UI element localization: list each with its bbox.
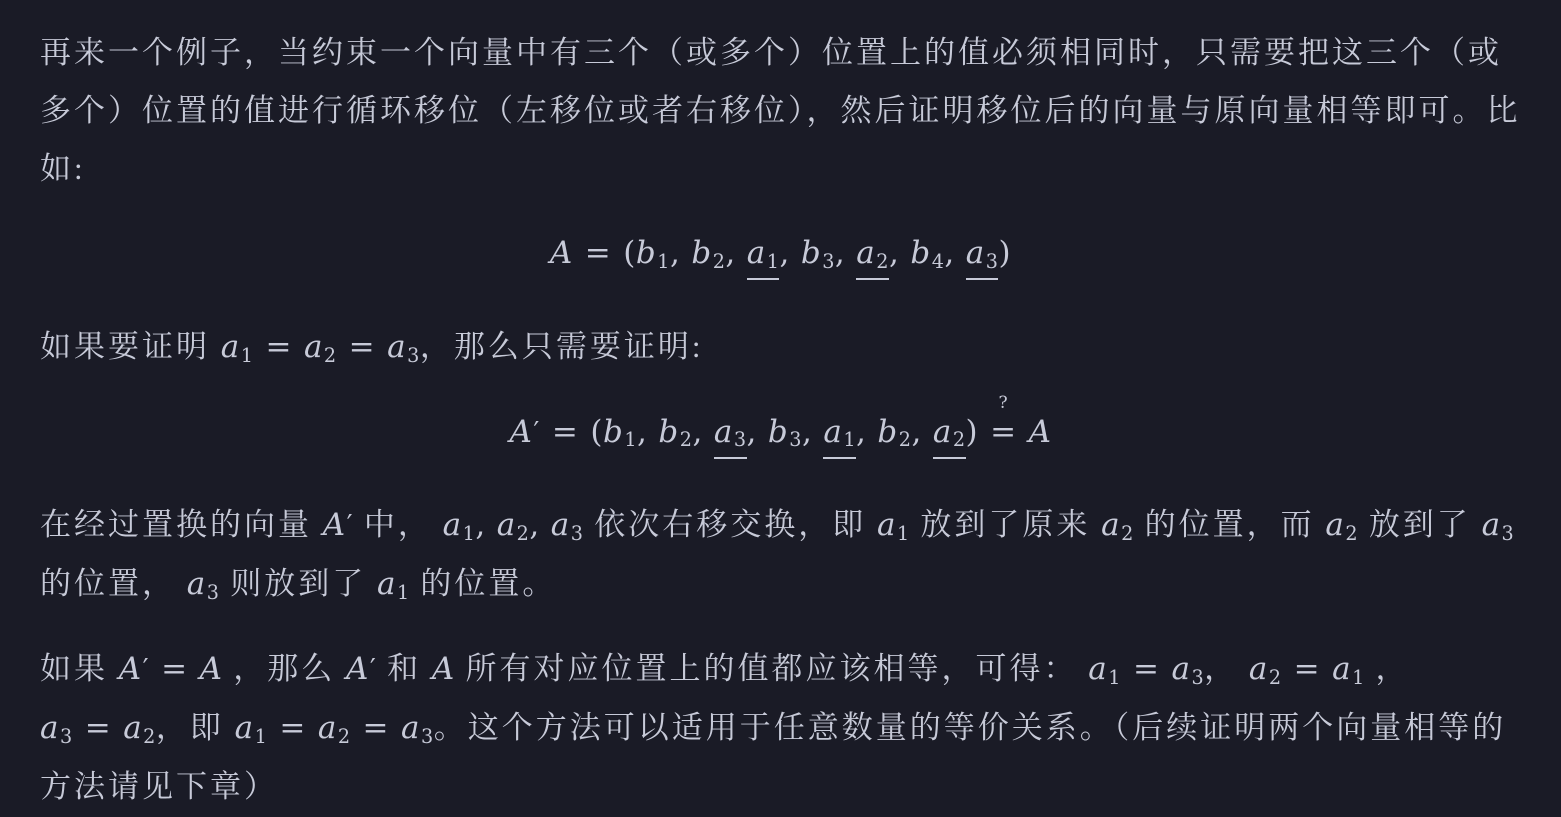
underlined-variable: a2	[856, 236, 889, 280]
variable: a1	[1088, 652, 1121, 689]
math-punctuation: ,	[692, 414, 702, 450]
variable: a1	[377, 567, 410, 604]
subscript: 3	[734, 428, 747, 451]
variable: A	[1029, 415, 1052, 451]
subscript: 2	[338, 725, 351, 748]
subscript: 2	[899, 428, 912, 451]
variable: a2	[304, 330, 337, 367]
subscript: 1	[463, 522, 476, 545]
variable: a3	[1482, 508, 1515, 545]
subscript: 3	[986, 250, 999, 273]
subscript: 2	[324, 344, 337, 367]
math-punctuation: (	[623, 235, 636, 271]
text-run: 如果要证明	[40, 329, 221, 364]
formula-A-prime: A′=(b1,b2,a3,b3,a1,b2,a2)=A	[40, 405, 1521, 461]
text-run: 的位置，而	[1134, 507, 1326, 542]
text-run: 放到了原来	[910, 507, 1102, 542]
text-run: 则放到了	[219, 566, 377, 601]
equals-sign: =	[552, 405, 578, 461]
prime-mark: ′	[143, 654, 149, 684]
subscript: 1	[255, 725, 268, 748]
variable: A′	[346, 652, 376, 688]
para-intro: 再来一个例子，当约束一个向量中有三个（或多个）位置上的值必须相同时，只需要把这三…	[40, 24, 1521, 198]
text-run: 如果	[40, 651, 119, 686]
underlined-variable: a1	[747, 236, 780, 280]
subscript: 3	[1502, 522, 1515, 545]
inline-math: a2=a1	[1249, 651, 1365, 687]
subscript: 2	[713, 250, 726, 273]
text-run: 在经过置换的向量	[40, 507, 323, 542]
subscript: 3	[60, 725, 73, 748]
math-punctuation: ,	[747, 414, 757, 450]
variable: b2	[658, 415, 692, 452]
text-run: 中，	[353, 507, 443, 542]
variable: A′	[119, 652, 149, 688]
subscript: 2	[1121, 522, 1134, 545]
subscript: 2	[680, 428, 693, 451]
math-punctuation: ,	[889, 235, 899, 271]
subscript: 1	[897, 522, 910, 545]
subscript: 2	[876, 250, 889, 273]
variable: A	[550, 236, 573, 272]
text-run: 再来一个例子，当约束一个向量中有三个（或多个）位置上的值必须相同时，只需要把这三…	[40, 35, 1521, 186]
variable: b3	[768, 415, 802, 452]
variable: a2	[1325, 508, 1358, 545]
underlined-variable: a1	[823, 415, 856, 459]
variable: a1	[443, 508, 476, 545]
math-punctuation: ,	[835, 235, 845, 271]
math-punctuation: )	[998, 235, 1011, 271]
text-run: ，那么只需要证明:	[420, 329, 704, 364]
inline-math: A′	[346, 651, 376, 687]
subscript: 2	[143, 725, 156, 748]
variable: a3	[40, 711, 73, 748]
math-punctuation: ,	[725, 235, 735, 271]
subscript: 3	[207, 581, 220, 604]
prime-mark: ′	[533, 417, 539, 447]
inline-math: a1=a3	[1088, 651, 1204, 687]
underlined-variable: a2	[933, 415, 966, 459]
math-punctuation: ,	[637, 414, 647, 450]
inline-math: A′=A	[119, 651, 223, 687]
para-conclusion: 如果 A′=A ，那么 A′ 和 A 所有对应位置上的值都应该相等，可得： a1…	[40, 640, 1521, 816]
subscript: 2	[1269, 666, 1282, 689]
variable: a3	[401, 711, 434, 748]
text-run: ，	[1365, 651, 1421, 686]
equals-sign: =	[349, 319, 375, 377]
variable: a3	[1171, 652, 1204, 689]
equals-sign: =	[1133, 641, 1159, 699]
math-punctuation: ,	[944, 235, 954, 271]
subscript: 1	[843, 428, 856, 451]
underlined-variable: a3	[714, 415, 747, 459]
variable: a2	[318, 711, 351, 748]
inline-math: a1=a2=a3	[235, 710, 434, 746]
math-punctuation: ,	[802, 414, 812, 450]
variable: a2	[1101, 508, 1134, 545]
variable: a3	[551, 508, 584, 545]
variable: b1	[636, 236, 670, 273]
subscript: 4	[932, 250, 945, 273]
equals-sign: =	[585, 226, 611, 282]
subscript: 3	[407, 344, 420, 367]
variable: b2	[877, 415, 911, 452]
subscript: 1	[1352, 666, 1365, 689]
para-permutation: 在经过置换的向量 A′ 中， a1,a2,a3 依次右移交换，即 a1 放到了原…	[40, 496, 1521, 614]
math-punctuation: )	[966, 414, 979, 450]
inline-math: a2	[1325, 507, 1358, 543]
document: 再来一个例子，当约束一个向量中有三个（或多个）位置上的值必须相同时，只需要把这三…	[0, 0, 1561, 816]
math-punctuation: ,	[779, 235, 789, 271]
variable: a1	[235, 711, 268, 748]
variable: a3	[187, 567, 220, 604]
variable: b2	[691, 236, 725, 273]
subscript: 1	[767, 250, 780, 273]
variable: a1	[1332, 652, 1365, 689]
text-run: 的位置。	[410, 566, 557, 601]
subscript: 2	[1345, 522, 1358, 545]
inline-math: a1=a2=a3	[221, 329, 420, 365]
text-run: 所有对应位置上的值都应该相等，可得：	[455, 651, 1089, 686]
para-goal: 如果要证明 a1=a2=a3，那么只需要证明:	[40, 318, 1521, 377]
variable: b3	[801, 236, 835, 273]
text-run: 和	[376, 651, 432, 686]
equals-sign: =	[279, 700, 305, 758]
variable: a1	[877, 508, 910, 545]
subscript: 3	[789, 428, 802, 451]
math-punctuation: ,	[856, 414, 866, 450]
equals-sign: =	[161, 641, 187, 699]
math-punctuation: (	[590, 414, 603, 450]
equals-sign: =	[1294, 641, 1320, 699]
inline-math: A′	[323, 507, 353, 543]
variable: a2	[123, 711, 156, 748]
variable: b4	[910, 236, 944, 273]
text-run: ，	[1204, 651, 1249, 686]
inline-math: a1,a2,a3	[443, 507, 584, 543]
inline-math: a3=a2	[40, 710, 156, 746]
subscript: 1	[624, 428, 637, 451]
variable: a2	[1249, 652, 1282, 689]
subscript: 3	[1191, 666, 1204, 689]
subscript: 1	[657, 250, 670, 273]
text-run: ，那么	[223, 651, 347, 686]
text-run: 放到了	[1358, 507, 1482, 542]
inline-math: a1	[377, 566, 410, 602]
math-punctuation: ,	[911, 414, 921, 450]
inline-math: a3	[187, 566, 220, 602]
questioned-equals-sign: =	[990, 405, 1016, 461]
equals-sign: =	[265, 319, 291, 377]
text-run: 依次右移交换，即	[583, 507, 877, 542]
math-punctuation: ,	[475, 507, 485, 543]
variable: A′	[323, 508, 353, 544]
subscript: 2	[517, 522, 530, 545]
inline-math: a2	[1101, 507, 1134, 543]
variable: A	[432, 652, 455, 688]
underlined-variable: a3	[966, 236, 999, 280]
inline-math: a3	[1482, 507, 1515, 543]
variable: a1	[221, 330, 254, 367]
variable: b1	[603, 415, 637, 452]
variable: A′	[509, 415, 539, 451]
subscript: 1	[397, 581, 410, 604]
math-punctuation: ,	[529, 507, 539, 543]
math-punctuation: ,	[670, 235, 680, 271]
equals-sign: =	[85, 700, 111, 758]
variable: A	[200, 652, 223, 688]
variable: a2	[497, 508, 530, 545]
equals-sign: =	[363, 700, 389, 758]
text-run: ，即	[156, 710, 235, 745]
subscript: 1	[241, 344, 254, 367]
inline-math: A	[432, 651, 455, 687]
subscript: 3	[822, 250, 835, 273]
subscript: 3	[571, 522, 584, 545]
subscript: 2	[953, 428, 966, 451]
subscript: 1	[1108, 666, 1121, 689]
variable: a3	[387, 330, 420, 367]
subscript: 3	[421, 725, 434, 748]
formula-A: A=(b1,b2,a1,b3,a2,b4,a3)	[40, 226, 1521, 282]
inline-math: a1	[877, 507, 910, 543]
